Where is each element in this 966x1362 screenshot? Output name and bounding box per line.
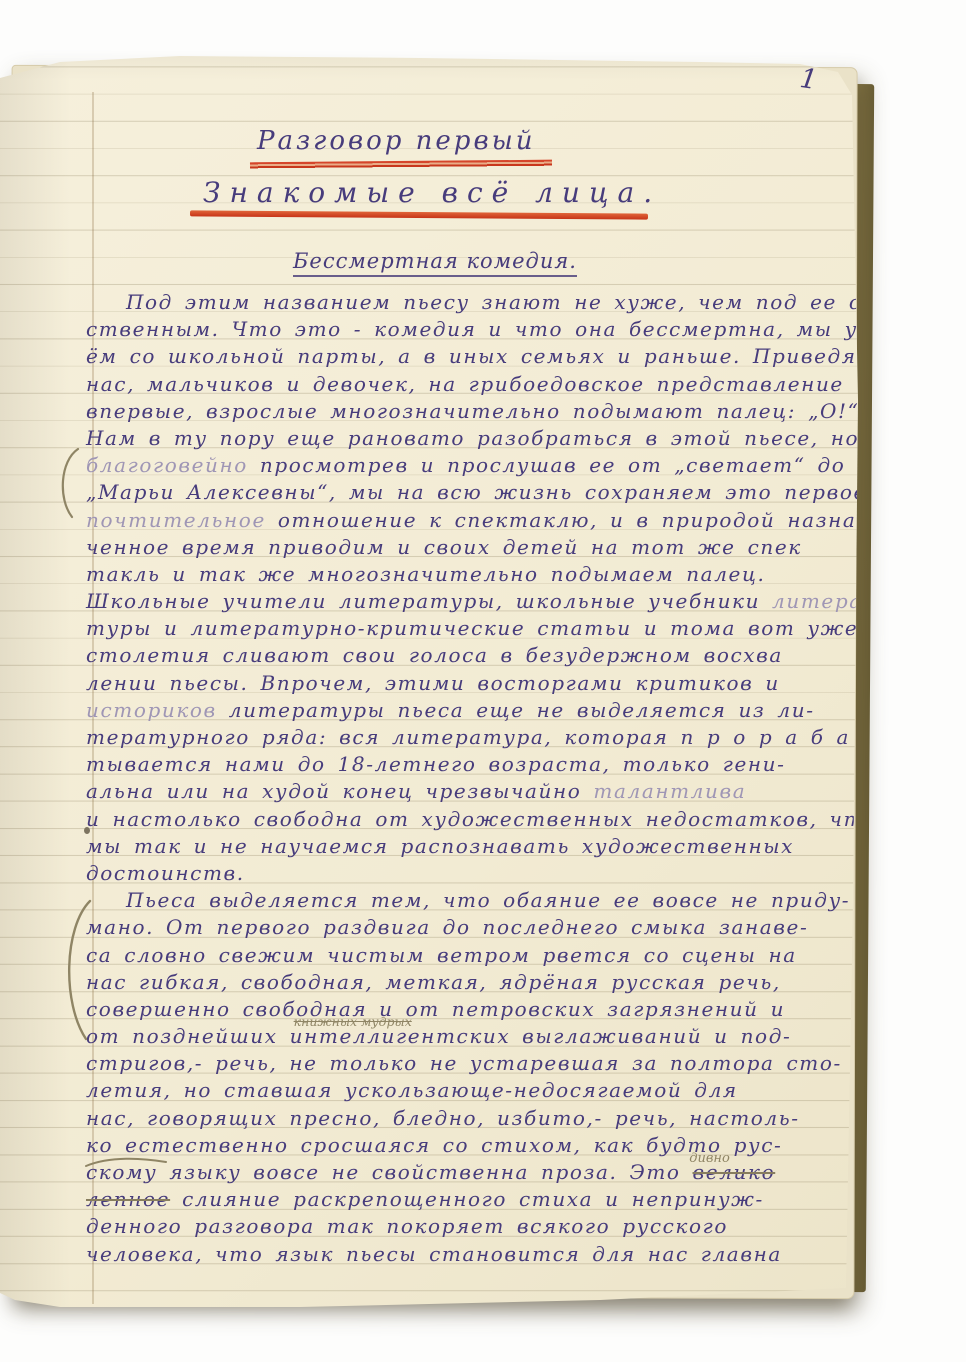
manuscript-line: столетия сливают свои голоса в безудержн… — [86, 642, 848, 669]
margin-bracket-small-icon — [52, 447, 82, 519]
manuscript-line: достоинств. — [86, 860, 848, 887]
manuscript-line: впервые, взрослые многозначительно подым… — [86, 398, 848, 425]
manuscript-line: са словно свежим чистым ветром рвется со… — [86, 942, 848, 969]
section-heading: Бессмертная комедия. — [293, 249, 577, 277]
manuscript-line: стригов,- речь, не только не устаревшая … — [86, 1050, 848, 1077]
manuscript-line: туры и литературно-критические статьи и … — [86, 615, 848, 642]
pencil-tick-icon — [84, 1154, 168, 1168]
manuscript-line: Под этим названием пьесу знают не хуже, … — [86, 289, 848, 316]
manuscript-line: от позднейших книжных мудрыхинтеллигентс… — [86, 1023, 848, 1050]
manuscript-line: денного разговора так покоряет всякого р… — [86, 1213, 848, 1240]
manuscript-line: нас, мальчиков и девочек, на грибоедовск… — [86, 371, 848, 398]
chapter-title: Разговор первый — [257, 126, 536, 156]
manuscript-line: нас гибкая, свободная, меткая, ядрёная р… — [86, 969, 848, 996]
manuscript-line: такль и так же многозначительно подымаем… — [86, 561, 848, 588]
manuscript-line: почтительное отношение к спектаклю, и в … — [86, 507, 848, 534]
manuscript-line: ственным. Что это - комедия и что она бе… — [86, 316, 848, 343]
manuscript-line: „Марьи Алексевны“, мы на всю жизнь сохра… — [86, 479, 848, 506]
manuscript-line: благоговейно просмотрев и прослушав ее о… — [86, 452, 848, 479]
manuscript-line: тературного ряда: вся литература, котора… — [86, 724, 848, 751]
manuscript-line: нас, говорящих пресно, бледно, избито,- … — [86, 1105, 848, 1132]
manuscript-line: Пьеса выделяется тем, что обаяние ее вов… — [86, 887, 848, 914]
red-underline-subtitle — [190, 210, 648, 219]
manuscript-line: ём со школьной парты, а в иных семьях и … — [86, 343, 848, 370]
chapter-subtitle: Знакомые всё лица. — [203, 176, 661, 209]
page-number: 1 — [798, 63, 819, 96]
manuscript-line: лепное слияние раскрепощенного стиха и н… — [86, 1186, 848, 1213]
manuscript-line: мано. От первого раздвига до последнего … — [86, 914, 848, 941]
margin-dot-icon — [84, 827, 90, 834]
red-underline-chapter — [250, 160, 552, 170]
manuscript-line: летия, но ставшая ускользающе-недосягаем… — [86, 1077, 848, 1104]
manuscript-line: альна или на худой конец чрезвычайно тал… — [86, 778, 848, 805]
manuscript-line: и настолько свободна от художественных н… — [86, 806, 848, 833]
manuscript-line: человека, что язык пьесы становится для … — [86, 1241, 848, 1268]
manuscript-line: ко естественно сросшаяся со стихом, как … — [86, 1132, 848, 1159]
manuscript-line: лении пьесы. Впрочем, этими восторгами к… — [86, 670, 848, 697]
manuscript-line: совершенно свободная и от петровских заг… — [86, 996, 848, 1023]
manuscript-line: Нам в ту пору еще рановато разобраться в… — [86, 425, 848, 452]
manuscript-line: историков литературы пьеса еще не выделя… — [86, 697, 848, 724]
manuscript-line: скому языку вовсе не свойственна проза. … — [86, 1159, 848, 1186]
manuscript-line: Школьные учители литературы, школьные уч… — [86, 588, 848, 615]
margin-bracket-large-icon — [60, 899, 94, 1041]
manuscript-page: 1 Разговор первый Знакомые всё лица. Бес… — [0, 0, 880, 1330]
manuscript-line: мы так и не научаемся распознавать худож… — [86, 833, 848, 860]
photo-background: 1 Разговор первый Знакомые всё лица. Бес… — [0, 0, 966, 1362]
manuscript-line: ченное время приводим и своих детей на т… — [86, 534, 848, 561]
manuscript-body: Под этим названием пьесу знают не хуже, … — [86, 289, 848, 1268]
manuscript-line: тывается нами до 18-летнего возраста, то… — [86, 751, 848, 778]
